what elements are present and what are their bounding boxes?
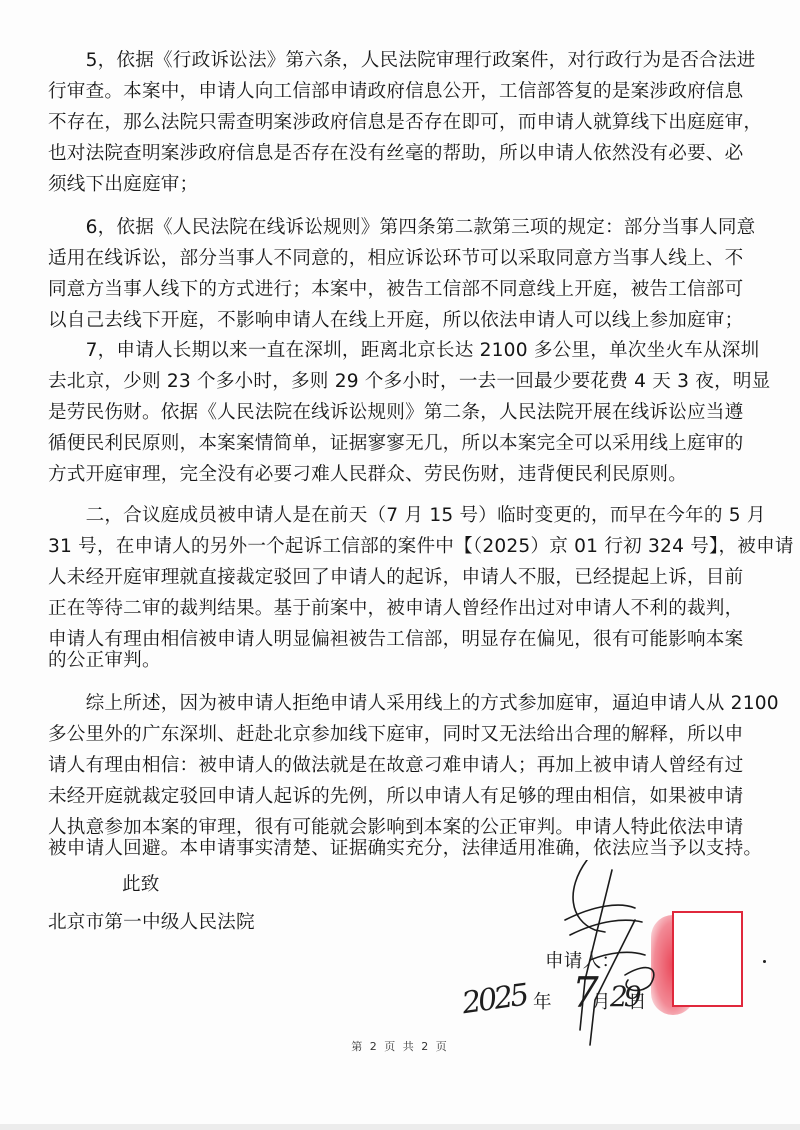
text-line: 也对法院查明案涉政府信息是否存在没有丝毫的帮助，所以申请人依然没有必要、必 [48, 143, 760, 165]
text-line: 须线下出庭庭审； [48, 174, 760, 196]
text-line: 同意方当事人线下的方式进行；本案中，被告工信部不同意线上开庭，被告工信部可 [48, 279, 760, 301]
text-line: 人执意参加本案的审理，很有可能就会影响到本案的公正审判。申请人特此依法申请 [48, 817, 760, 839]
text-line: 人未经开庭审理就直接裁定驳回了申请人的起诉，申请人不服，已经提起上诉，目前 [48, 567, 760, 589]
text-line: 被申请人回避。本申请事实清楚、证据确实充分，法律适用准确，依法应当予以支持。 [48, 838, 760, 860]
text-line: 6，依据《人民法院在线诉讼规则》第四条第二款第三项的规定：部分当事人同意 [48, 217, 760, 239]
handwritten-signature-icon [380, 860, 680, 1050]
text-line: 正在等待二审的裁判结果。基于前案中，被申请人曾经作出过对申请人不利的裁判， [48, 598, 760, 620]
text-line: 请人有理由相信：被申请人的做法就是在故意刁难申请人；再加上被申请人曾经有过 [48, 755, 760, 777]
ink-dot [763, 960, 766, 963]
text-line: 不存在，那么法院只需查明案涉政府信息是否存在即可，而申请人就算线下出庭庭审， [48, 112, 760, 134]
text-line: 申请人有理由相信被申请人明显偏袒被告工信部，明显存在偏见，很有可能影响本案 [48, 629, 760, 651]
text-line: 是劳民伤财。依据《人民法院在线诉讼规则》第二条，人民法院开展在线诉讼应当遵 [48, 402, 760, 424]
text-line: 循便民利民原则，本案案情简单，证据寥寥无几，所以本案完全可以采用线上庭审的 [48, 433, 760, 455]
page-bottom-edge [0, 1124, 800, 1130]
text-line: 以自己去线下开庭，不影响申请人在线上开庭，所以依法申请人可以线上参加庭审； [48, 310, 760, 332]
redaction-box [672, 911, 743, 1007]
text-line: 多公里外的广东深圳、赶赴北京参加线下庭审，同时又无法给出合理的解释，所以申 [48, 724, 760, 746]
text-line: 综上所述，因为被申请人拒绝申请人采用线上的方式参加庭审，逼迫申请人从 2100 [48, 693, 760, 715]
text-line: 二，合议庭成员被申请人是在前天（7 月 15 号）临时变更的，而早在今年的 5 … [48, 505, 760, 527]
text-line: 方式开庭审理，完全没有必要刁难人民群众、劳民伤财，违背便民利民原则。 [48, 464, 760, 486]
text-line: 去北京，少则 23 个多小时，多则 29 个多小时，一去一回最少要花费 4 天 … [48, 371, 760, 393]
text-line: 适用在线诉讼，部分当事人不同意的，相应诉讼环节可以采取同意方当事人线上、不 [48, 248, 760, 270]
text-line: 5，依据《行政诉讼法》第六条，人民法院审理行政案件，对行政行为是否合法进 [48, 50, 760, 72]
document-page: 5，依据《行政诉讼法》第六条，人民法院审理行政案件，对行政行为是否合法进 行审查… [0, 0, 800, 1130]
text-line: 31 号，在申请人的另外一个起诉工信部的案件中【（2025）京 01 行初 32… [48, 536, 760, 558]
court-addressee: 北京市第一中级人民法院 [48, 912, 288, 934]
text-line: 行审查。本案中，申请人向工信部申请政府信息公开，工信部答复的是案涉政府信息 [48, 81, 760, 103]
text-line: 未经开庭就裁定驳回申请人起诉的先例，所以申请人有足够的理由相信，如果被申请 [48, 786, 760, 808]
text-line: 的公正审判。 [48, 650, 760, 672]
text-line: 7，申请人长期以来一直在深圳，距离北京长达 2100 多公里，单次坐火车从深圳 [48, 340, 760, 362]
page-footer: 第 2 页 共 2 页 [0, 1038, 800, 1054]
closing-salutation: 此致 [122, 874, 202, 896]
